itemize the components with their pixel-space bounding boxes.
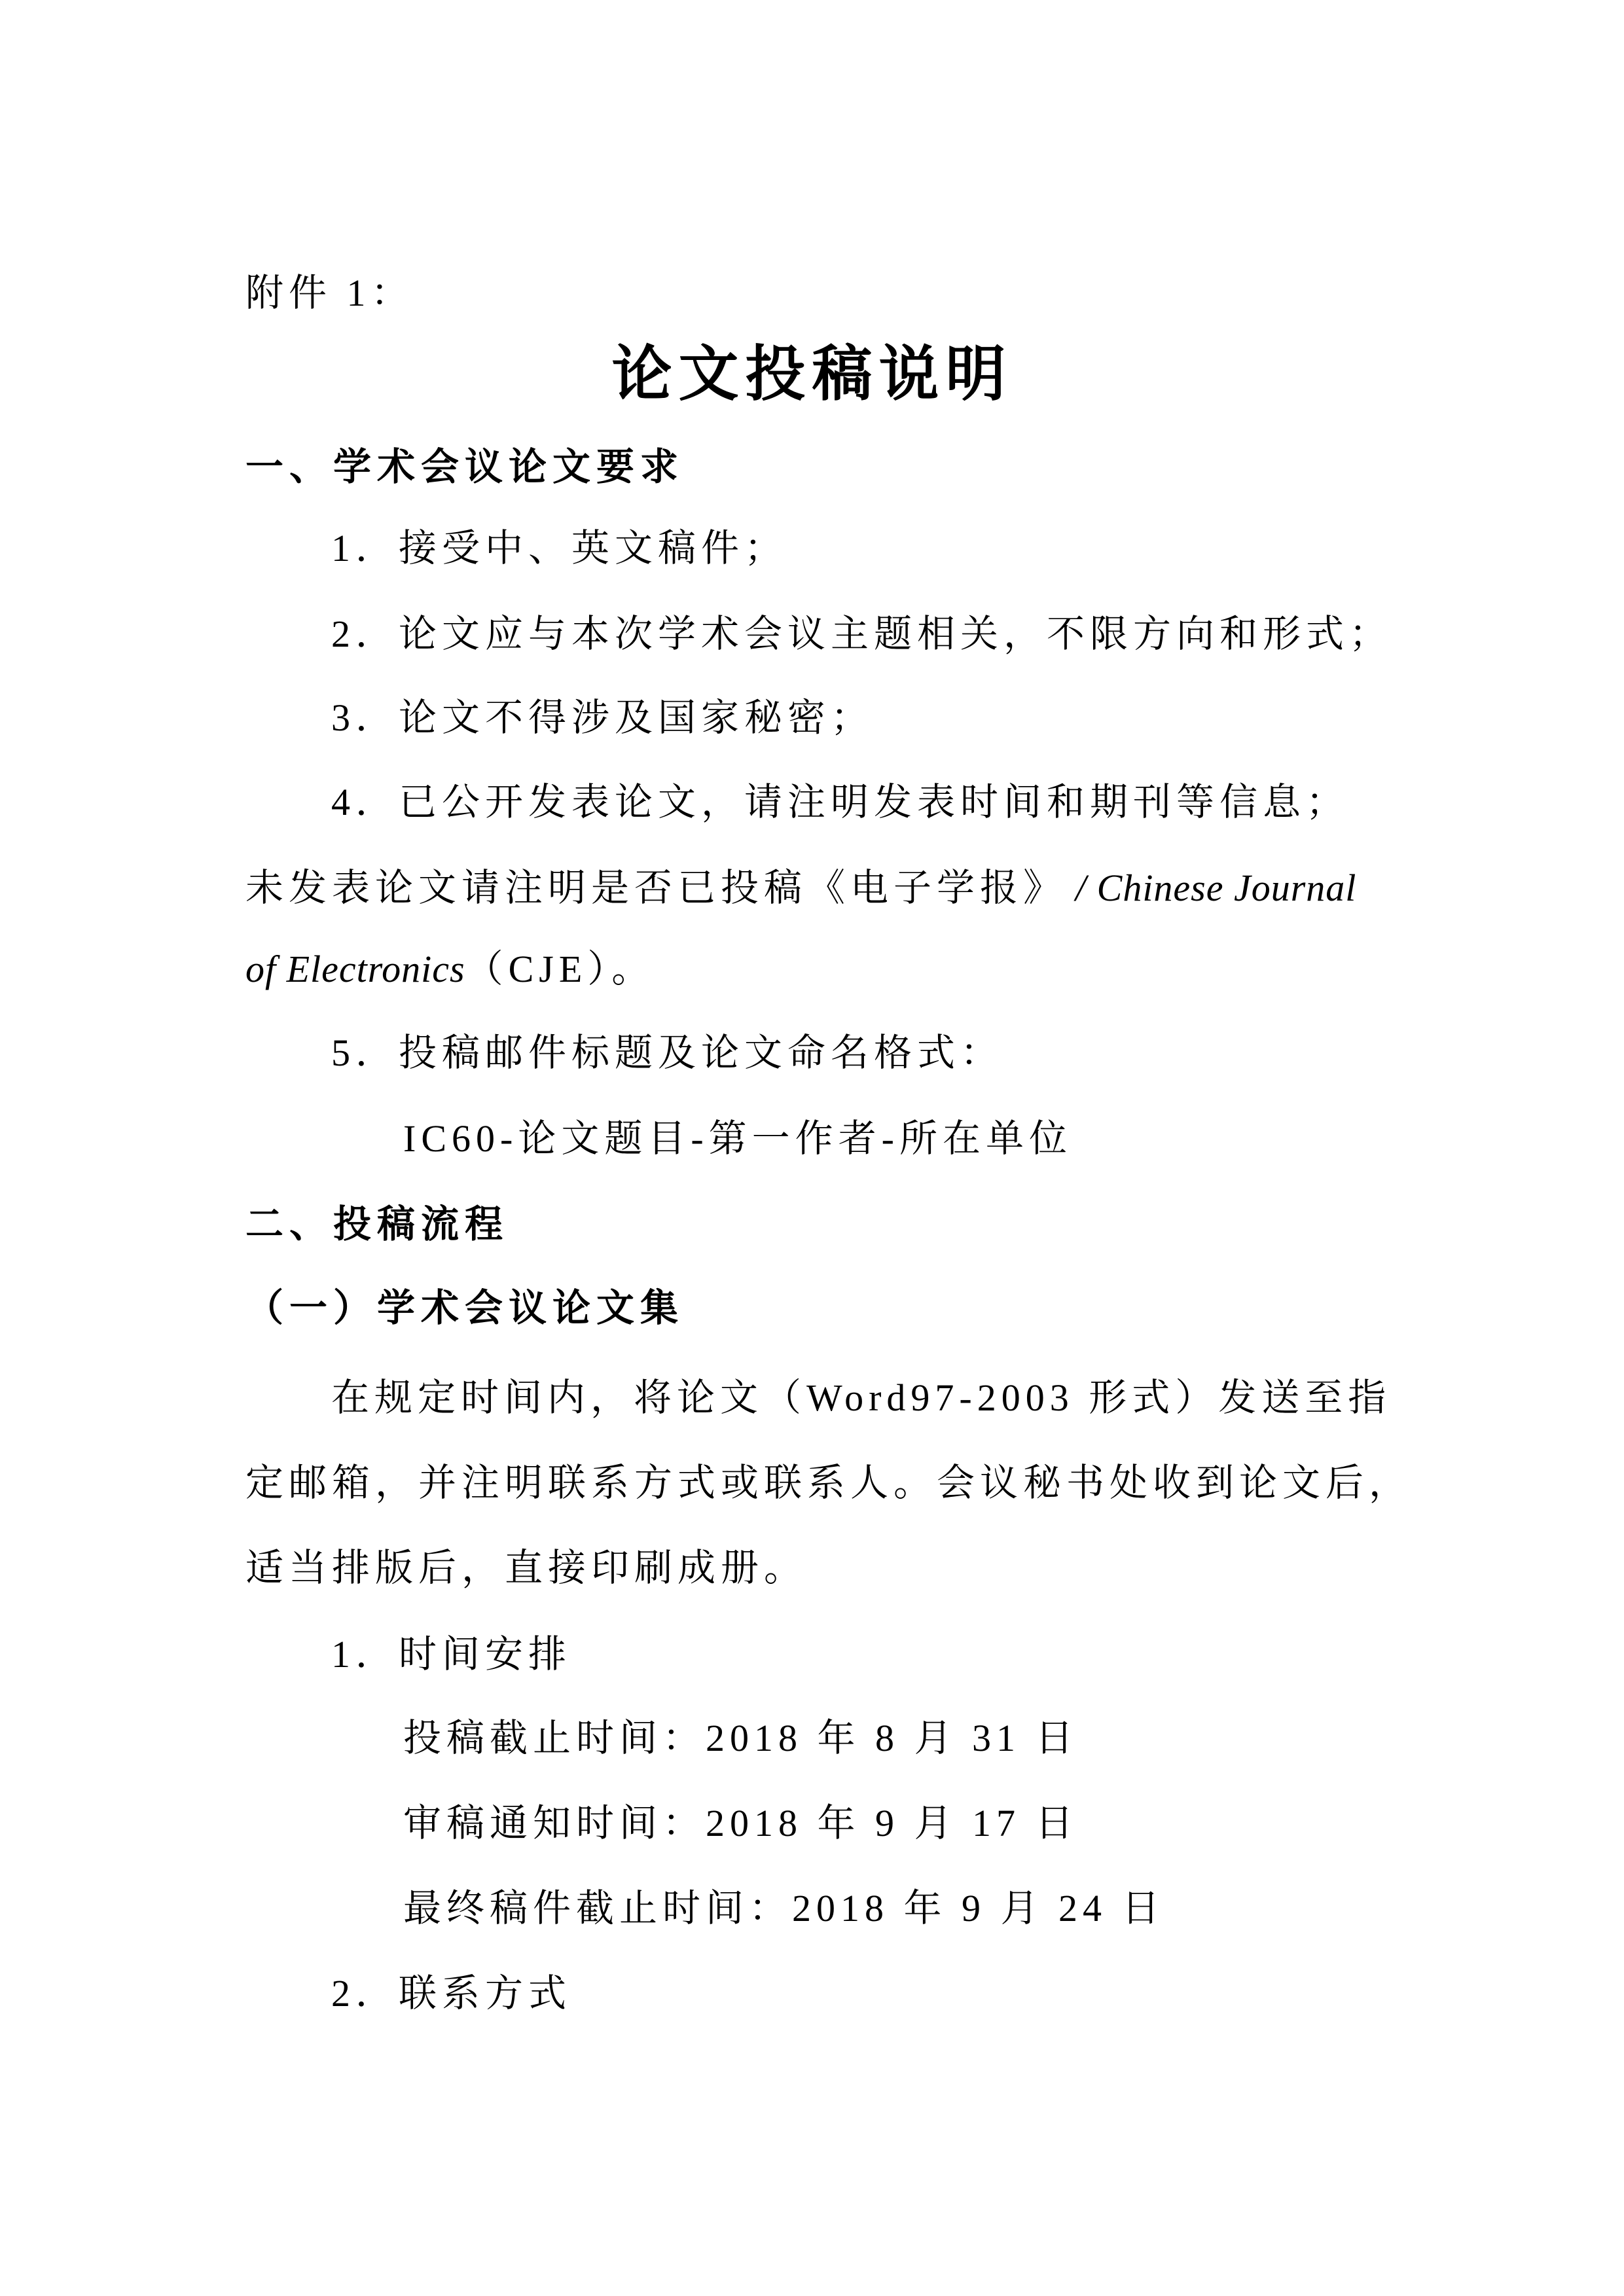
contact-list-item: 2．联系方式: [331, 1970, 571, 2017]
deadline-final-draft: 最终稿件截止时间：2018 年 9 月 24 日: [403, 1885, 1165, 1932]
naming-format: IC60-论文题目-第一作者-所在单位: [403, 1115, 1072, 1162]
document-page: 附件 1： 论文投稿说明 一、学术会议论文要求 1．接受中、英文稿件； 2．论文…: [0, 0, 1624, 2296]
journal-abbreviation: （CJE）。: [465, 948, 655, 990]
requirement-item-2: 2．论文应与本次学术会议主题相关，不限方向和形式；: [331, 611, 1392, 658]
journal-name-english-part2: of Electronics: [245, 948, 465, 990]
requirement-4-continuation: 未发表论文请注明是否已投稿《电子学报》/ Chinese Journal: [245, 865, 1356, 912]
journal-name-english-part1: / Chinese Journal: [1075, 867, 1356, 909]
deadline-submission: 投稿截止时间：2018 年 8 月 31 日: [403, 1715, 1079, 1762]
requirement-item-4: 4．已公开发表论文，请注明发表时间和期刊等信息；: [331, 779, 1349, 826]
requirement-4-continuation-cjk: 未发表论文请注明是否已投稿《电子学报》: [245, 867, 1066, 909]
section-heading-1: 一、学术会议论文要求: [245, 444, 684, 491]
requirement-item-1: 1．接受中、英文稿件；: [331, 525, 787, 572]
section-heading-2: 二、投稿流程: [245, 1201, 509, 1248]
requirement-4-continuation-2: of Electronics（CJE）。: [245, 946, 655, 993]
requirement-item-3: 3．论文不得涉及国家秘密；: [331, 694, 874, 742]
attachment-label: 附件 1：: [245, 270, 414, 317]
deadline-review-notice: 审稿通知时间：2018 年 9 月 17 日: [403, 1800, 1079, 1847]
document-title: 论文投稿说明: [0, 340, 1624, 408]
subsection-heading-2-1: （一）学术会议论文集: [245, 1285, 684, 1332]
paragraph-line-1: 在规定时间内，将论文（Word97-2003 形式）发送至指: [331, 1374, 1391, 1422]
paragraph-line-2: 定邮箱，并注明联系方式或联系人。会议秘书处收到论文后，: [245, 1460, 1412, 1507]
paragraph-line-3: 适当排版后，直接印刷成册。: [245, 1545, 807, 1592]
schedule-list-item: 1．时间安排: [331, 1631, 571, 1678]
requirement-item-5: 5．投稿邮件标题及论文命名格式：: [331, 1030, 1003, 1077]
